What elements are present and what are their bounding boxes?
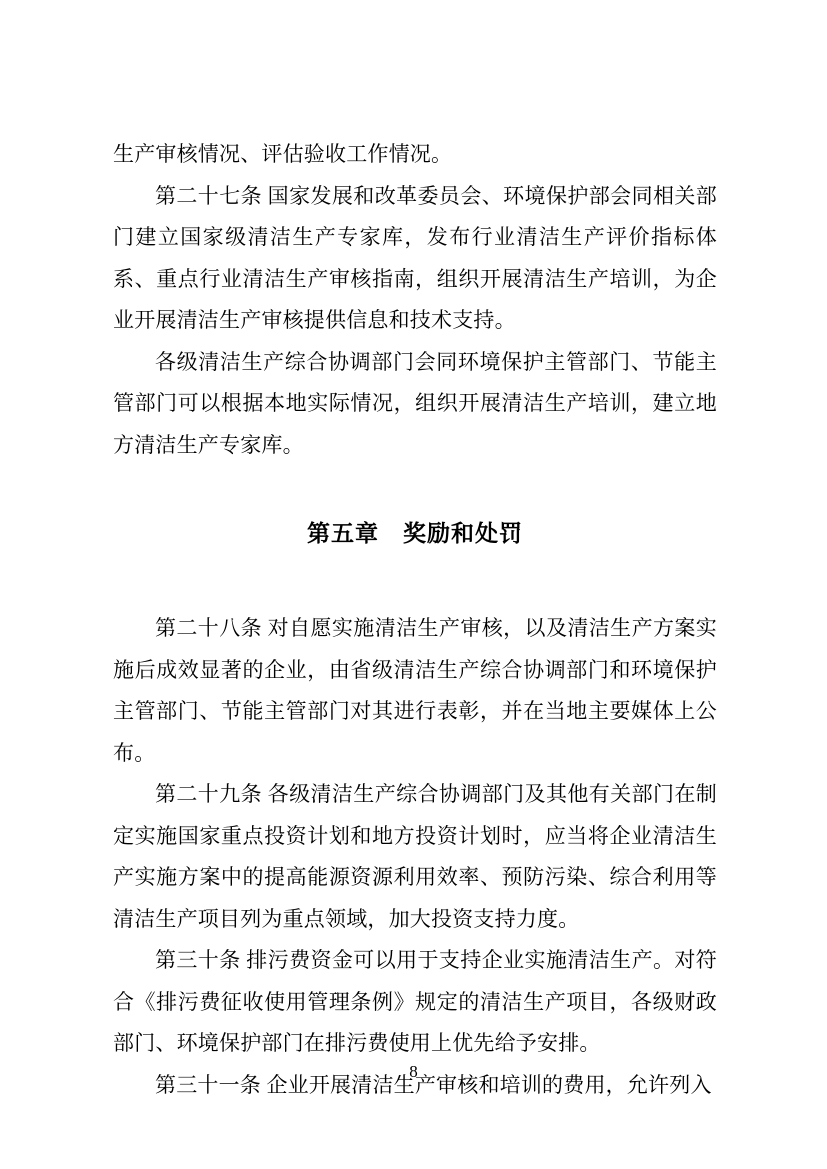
paragraph-article-29: 第二十九条 各级清洁生产综合协调部门及其他有关部门在制定实施国家重点投资计划和地…: [113, 774, 717, 940]
paragraph-intro-continuation: 生产审核情况、评估验收工作情况。: [113, 134, 717, 176]
paragraph-article-27: 第二十七条 国家发展和改革委员会、环境保护部会同相关部门建立国家级清洁生产专家库…: [113, 176, 717, 342]
paragraph-article-30: 第三十条 排污费资金可以用于支持企业实施清洁生产。对符合《排污费征收使用管理条例…: [113, 940, 717, 1065]
chapter-heading: 第五章 奖励和处罚: [113, 519, 717, 547]
document-body: 生产审核情况、评估验收工作情况。 第二十七条 国家发展和改革委员会、环境保护部会…: [113, 134, 717, 1106]
page-number: 8: [0, 1062, 827, 1082]
paragraph-local-training: 各级清洁生产综合协调部门会同环境保护主管部门、节能主管部门可以根据本地实际情况，…: [113, 342, 717, 467]
paragraph-article-28: 第二十八条 对自愿实施清洁生产审核，以及清洁生产方案实施后成效显著的企业，由省级…: [113, 608, 717, 774]
document-page: 生产审核情况、评估验收工作情况。 第二十七条 国家发展和改革委员会、环境保护部会…: [0, 0, 827, 1169]
